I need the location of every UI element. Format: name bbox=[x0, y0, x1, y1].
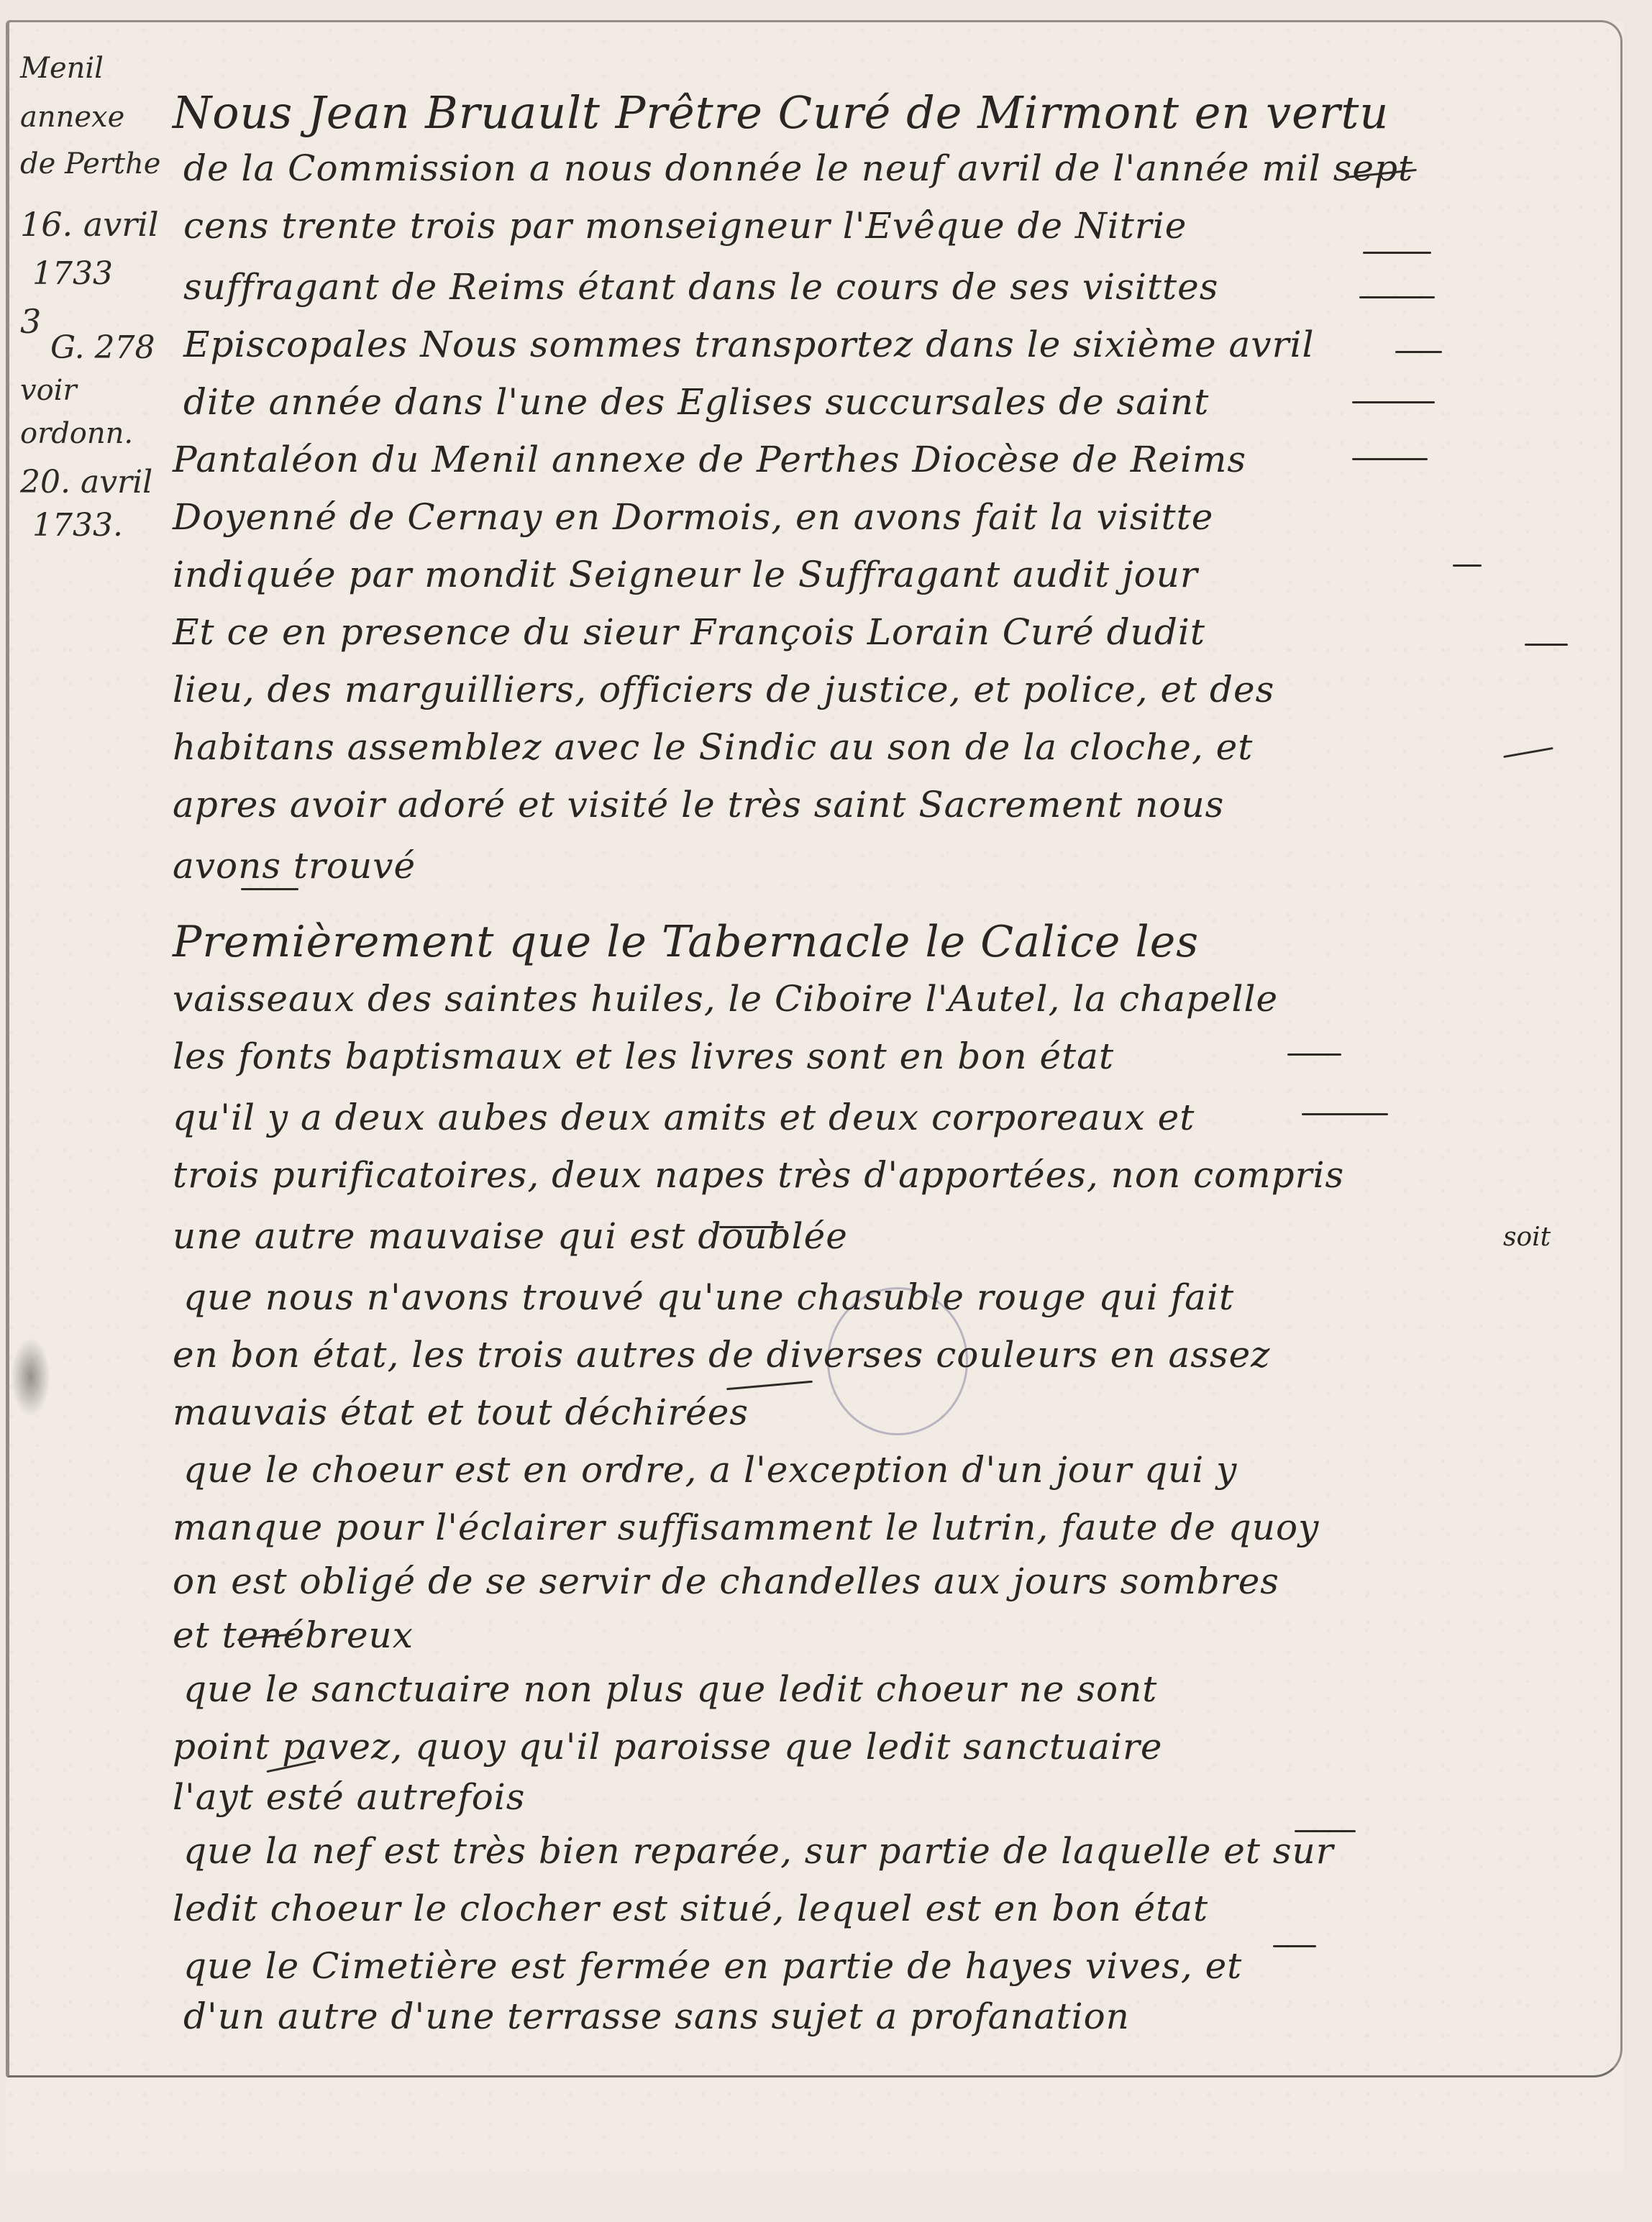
filler-dash bbox=[1453, 564, 1482, 567]
margin-note: ordonn. bbox=[20, 417, 133, 450]
text-line: que nous n'avons trouvé qu'une chasuble … bbox=[183, 1276, 1234, 1318]
text-line: habitans assemblez avec le Sindic au son… bbox=[173, 726, 1253, 768]
filler-dash bbox=[1287, 1053, 1341, 1056]
text-line: ledit choeur le clocher est situé, leque… bbox=[173, 1888, 1208, 1929]
text-line: de la Commission a nous donnée le neuf a… bbox=[183, 147, 1413, 189]
text-line: que la nef est très bien reparée, sur pa… bbox=[183, 1830, 1334, 1872]
margin-note: 3 bbox=[20, 302, 41, 341]
margin-note: 16. avril bbox=[20, 205, 159, 244]
text-line: Premièrement que le Tabernacle le Calice… bbox=[173, 917, 1199, 967]
text-line: Doyenné de Cernay en Dormois, en avons f… bbox=[173, 496, 1213, 538]
ink-smudge bbox=[11, 1338, 50, 1417]
filler-dash bbox=[1395, 351, 1442, 353]
text-line: en bon état, les trois autres de diverse… bbox=[173, 1334, 1271, 1376]
interlinear-insertion: soit bbox=[1503, 1222, 1551, 1252]
filler-dash bbox=[719, 1226, 784, 1228]
text-line: que le Cimetière est fermée en partie de… bbox=[183, 1945, 1242, 1987]
text-line: qu'il y a deux aubes deux amits et deux … bbox=[173, 1097, 1195, 1138]
text-line: d'un autre d'une terrasse sans sujet a p… bbox=[183, 1995, 1130, 2037]
text-line: avons trouvé bbox=[173, 845, 416, 887]
text-line: que le sanctuaire non plus que ledit cho… bbox=[183, 1668, 1157, 1710]
margin-note: Menil bbox=[20, 52, 104, 85]
text-line: Nous Jean Bruault Prêtre Curé de Mirmont… bbox=[173, 86, 1389, 139]
text-line: vaisseaux des saintes huiles, le Ciboire… bbox=[173, 978, 1278, 1020]
text-line: dite année dans l'une des Eglises succur… bbox=[183, 381, 1209, 423]
text-line: indiquée par mondit Seigneur le Suffraga… bbox=[173, 554, 1198, 595]
filler-dash bbox=[1302, 1113, 1388, 1115]
filler-dash bbox=[1352, 401, 1435, 403]
filler-dash bbox=[1295, 1830, 1356, 1832]
text-line: apres avoir adoré et visité le très sain… bbox=[173, 784, 1224, 826]
text-line: on est obligé de se servir de chandelles… bbox=[173, 1560, 1279, 1602]
margin-note: voir bbox=[20, 374, 77, 407]
margin-note: annexe bbox=[20, 101, 124, 134]
margin-note: 1733. bbox=[32, 507, 123, 544]
text-line: les fonts baptismaux et les livres sont … bbox=[173, 1035, 1114, 1077]
text-line: mauvais état et tout déchirées bbox=[173, 1391, 749, 1433]
text-line: point pavez, quoy qu'il paroisse que led… bbox=[173, 1726, 1163, 1768]
margin-note: G. 278 bbox=[50, 329, 155, 366]
filler-dash bbox=[1359, 296, 1435, 298]
filler-dash bbox=[241, 888, 298, 890]
text-line: Pantaléon du Menil annexe de Perthes Dio… bbox=[173, 439, 1246, 480]
text-line: trois purificatoires, deux napes très d'… bbox=[173, 1154, 1344, 1196]
margin-note: 20. avril bbox=[20, 464, 152, 500]
text-line: lieu, des marguilliers, officiers de jus… bbox=[173, 669, 1274, 710]
margin-note: de Perthe bbox=[20, 147, 160, 180]
text-line: une autre mauvaise qui est doublée bbox=[173, 1215, 848, 1257]
text-line: cens trente trois par monseigneur l'Evêq… bbox=[183, 205, 1187, 247]
text-line: l'ayt esté autrefois bbox=[173, 1776, 525, 1818]
filler-dash bbox=[1363, 252, 1431, 254]
text-line: suffragant de Reims étant dans le cours … bbox=[183, 266, 1218, 308]
filler-dash bbox=[1525, 644, 1568, 646]
margin-note: 1733 bbox=[32, 255, 113, 292]
text-line: Episcopales Nous sommes transportez dans… bbox=[183, 324, 1314, 365]
filler-dash bbox=[1273, 1945, 1316, 1947]
text-line: que le choeur est en ordre, a l'exceptio… bbox=[183, 1449, 1237, 1491]
filler-dash bbox=[1352, 458, 1428, 460]
text-line: Et ce en presence du sieur François Lora… bbox=[173, 611, 1205, 653]
text-line: manque pour l'éclairer suffisamment le l… bbox=[173, 1507, 1319, 1548]
